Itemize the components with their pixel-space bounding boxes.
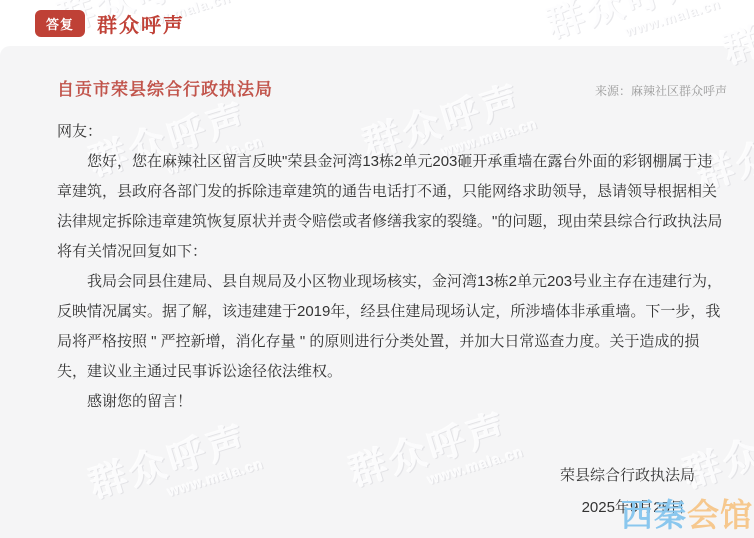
- source-label: 来源：麻辣社区群众呼声: [595, 82, 727, 99]
- logo-part-orange: 会馆: [687, 497, 753, 533]
- site-title: 群众呼声: [97, 9, 185, 38]
- reply-badge: 答复: [35, 10, 85, 37]
- xiqin-huiguan-logo: 西秦会馆: [621, 490, 753, 536]
- page-title: 自贡市荣县综合行政执法局: [57, 75, 273, 100]
- reply-letter: 网友： 您好，您在麻辣社区留言反映"荣县金河湾13栋2单元203砸开承重墙在露台…: [0, 100, 754, 523]
- letter-greeting: 网友：: [57, 117, 726, 147]
- article-content: 自贡市荣县综合行政执法局 来源：麻辣社区群众呼声 网友： 您好，您在麻辣社区留言…: [0, 46, 754, 538]
- letter-paragraph: 您好，您在麻辣社区留言反映"荣县金河湾13栋2单元203砸开承重墙在露台外面的彩…: [57, 147, 726, 267]
- article-header: 自贡市荣县综合行政执法局 来源：麻辣社区群众呼声: [0, 46, 754, 100]
- logo-part-blue: 西秦: [621, 497, 687, 533]
- topbar: 答复 群众呼声: [0, 0, 754, 46]
- letter-paragraph: 我局会同县住建局、县自规局及小区物业现场核实，金河湾13栋2单元203号业主存在…: [57, 267, 726, 387]
- letter-paragraph: 感谢您的留言！: [57, 387, 726, 417]
- signature-org: 荣县综合行政执法局: [57, 461, 726, 491]
